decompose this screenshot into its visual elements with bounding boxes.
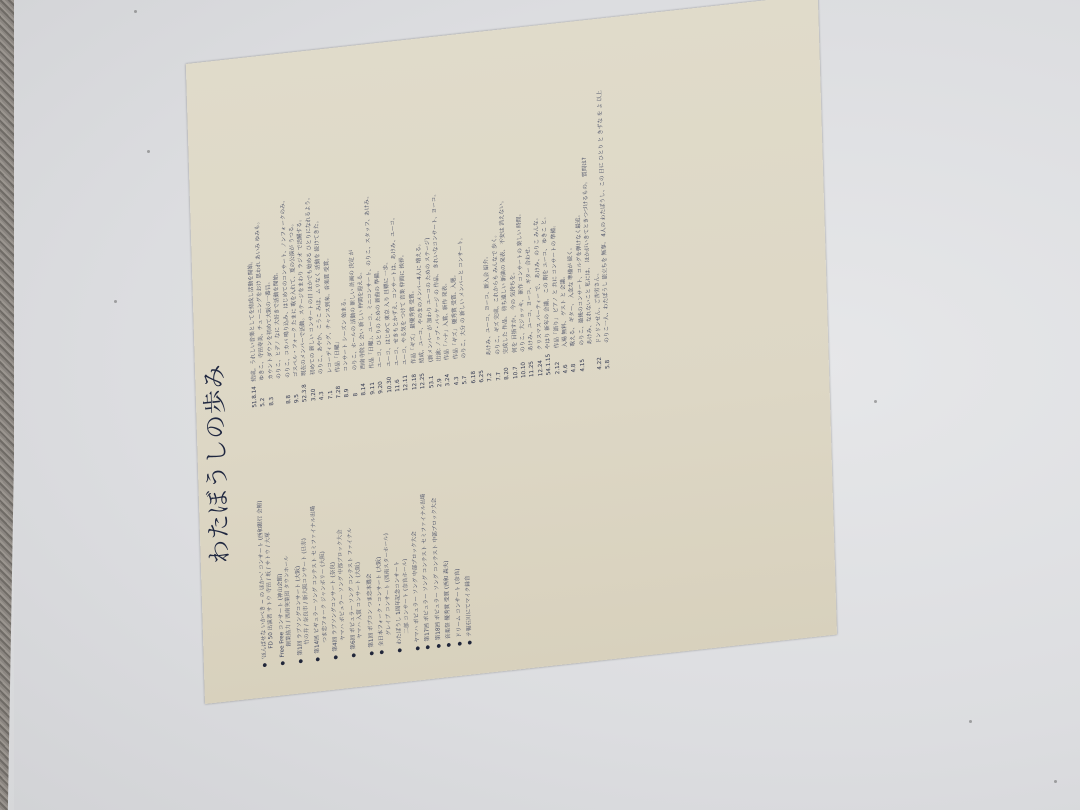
- entry-date: 8: [352, 370, 360, 397]
- event-label: わたぼうし 1周年記念コンサート: [394, 560, 403, 644]
- event-label: テ報石川にてマイク録音: [465, 575, 473, 637]
- entry-date: 8.8: [285, 377, 293, 404]
- entry-date: 4.22: [596, 343, 604, 370]
- entry-date: 8.3: [268, 379, 276, 406]
- event-label: ドリーム コンサート (奈良): [454, 568, 462, 638]
- entry-date: 9.5: [294, 376, 302, 403]
- entry-date: 8.14: [361, 369, 369, 396]
- entry-date: 8.9: [344, 371, 352, 398]
- entry-date: 11.25: [529, 351, 537, 378]
- entry-date: 12.25: [420, 363, 428, 390]
- entry-date: 6.18: [470, 357, 478, 384]
- entry-date: 11.6: [394, 365, 402, 392]
- entry-date: 10.30: [386, 366, 394, 393]
- dust-speck: [969, 720, 972, 723]
- entry-date: 5.8: [605, 342, 613, 369]
- entry-date: 4.3: [453, 359, 461, 386]
- entry-date: 54.1.15: [546, 349, 554, 376]
- entry-date: 4.6: [563, 347, 571, 374]
- dust-speck: [1054, 780, 1057, 783]
- dust-speck: [134, 10, 137, 13]
- event-label: 第1回 ポプコン つま恋本選会: [367, 573, 375, 648]
- document-title: わたぼうしの歩み: [211, 363, 224, 564]
- entry-date: 5.2: [260, 380, 268, 407]
- dust-speck: [114, 300, 117, 303]
- entry-date: 10.7: [512, 352, 520, 379]
- entry-date: 4.15: [579, 345, 587, 372]
- entry-date: 3.20: [310, 375, 318, 402]
- entry-date: 2.12: [554, 348, 562, 375]
- entry-date: 51.8.14: [252, 381, 260, 408]
- event-label: 第17回 ポピュラー ソング コンテスト セミファイナル出場: [421, 493, 431, 641]
- entry-date: [588, 344, 596, 371]
- dust-speck: [147, 150, 150, 153]
- document-page: わたぼうしの歩み 'ほんばせな いかべき ~ の ほかへ' コンサート (西和銀…: [186, 0, 837, 704]
- entry-date: 12.11: [403, 364, 411, 391]
- event-label: 第18回 ポピュラー ソング コンテスト 中部ブロック大会: [431, 497, 441, 640]
- event-bullet-list: 'ほんばせな いかべき ~ の ほかへ' コンサート (西和銀行 会館)FD 5…: [255, 394, 478, 668]
- dust-speck: [874, 400, 877, 403]
- entry-date: 3.24: [445, 360, 453, 387]
- event-label: 音楽祭 優秀賞 受賞 (西和 森夫): [444, 560, 452, 639]
- entry-date: 12.18: [411, 363, 419, 390]
- entry-date: 5.7: [462, 358, 470, 385]
- entry-date: 4.8: [571, 346, 579, 373]
- entry-date: 52.3.8: [302, 375, 310, 402]
- entry-date: 53.1: [428, 362, 436, 389]
- entry-date: 12.24: [537, 350, 545, 377]
- entry-date: 7.1: [327, 373, 335, 400]
- entry-date: [277, 378, 285, 405]
- entry-date: 9.20: [378, 367, 386, 394]
- entry-date: 6.25: [478, 356, 486, 383]
- event-label: ヤマハ ポピュラー ソング 中部ブロック大会: [411, 531, 420, 643]
- entry-date: 7.28: [336, 372, 344, 399]
- chronology-list: 51.8.14結成。うれしい音楽としてを結成し活動を開始。5.2ゆきこ、寺田寿美…: [242, 28, 614, 408]
- paper-sheet: わたぼうしの歩み 'ほんばせな いかべき ~ の ほかへ' コンサート (西和銀…: [205, 64, 845, 704]
- entry-date: 4.3: [319, 374, 327, 401]
- entry-date: 9.11: [369, 368, 377, 395]
- entry-date: 2.9: [436, 361, 444, 388]
- entry-date: 10.10: [521, 351, 529, 378]
- entry-date: 7.7: [495, 354, 503, 381]
- entry-date: 7.2: [487, 355, 495, 382]
- entry-date: 8.20: [504, 353, 512, 380]
